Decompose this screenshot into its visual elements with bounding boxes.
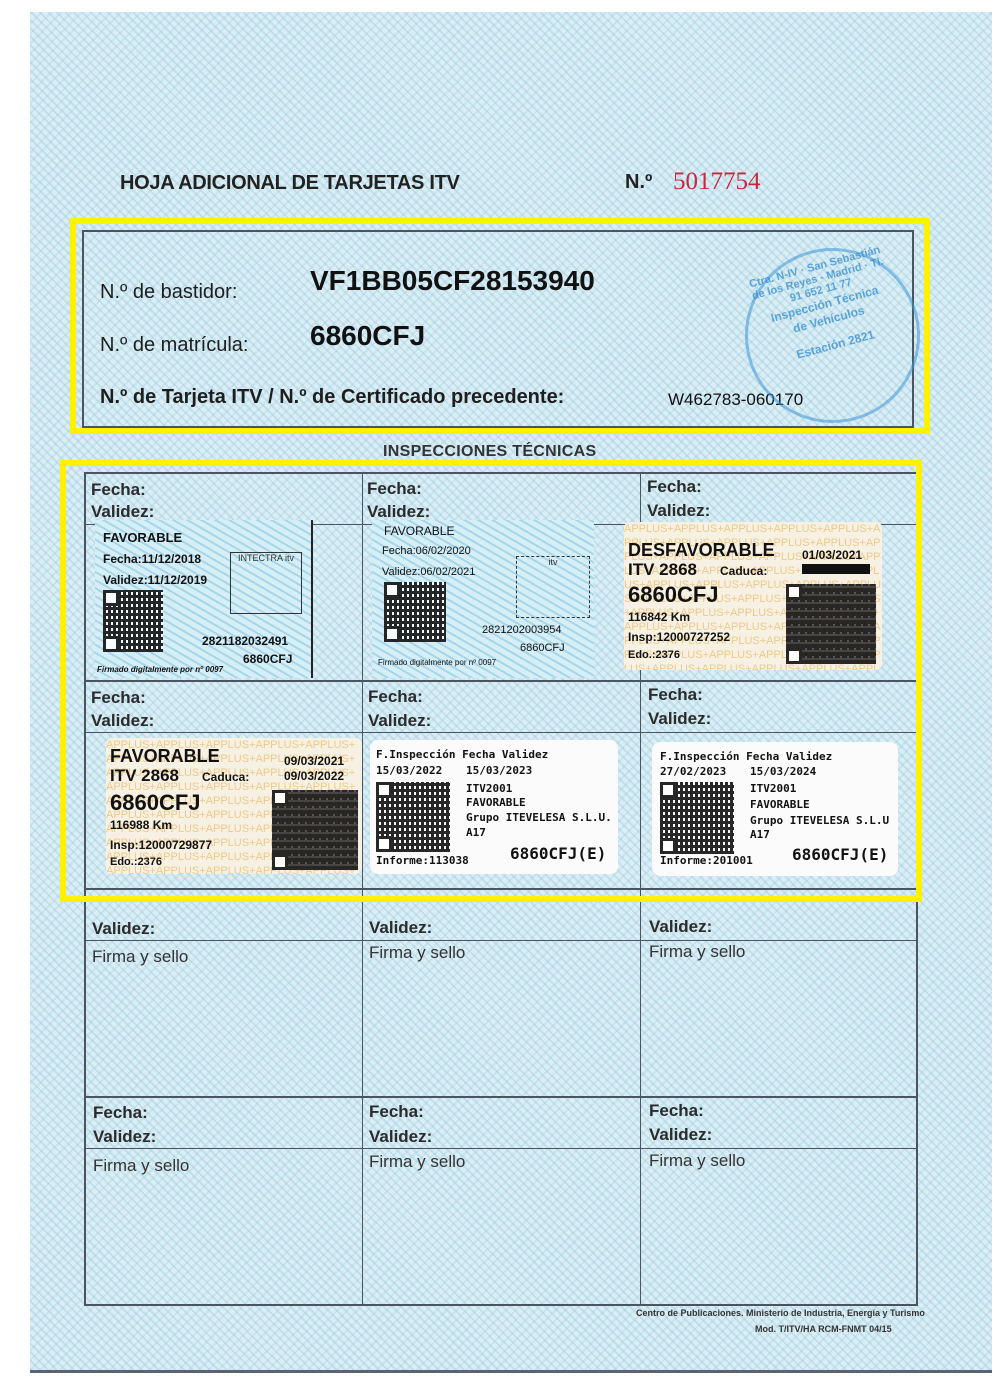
fecha-label: Fecha:: [93, 1103, 148, 1123]
highlight-vehicle-info: [70, 218, 930, 434]
section-title: INSPECCIONES TÉCNICAS: [383, 443, 596, 461]
validez-label: Validez:: [93, 1127, 156, 1147]
sheet-number-label: N.º: [625, 171, 652, 194]
validez-label: Validez:: [92, 919, 155, 939]
firma-label: Firma y sello: [92, 947, 188, 967]
firma-label: Firma y sello: [649, 1151, 745, 1171]
document-title: HOJA ADICIONAL DE TARJETAS ITV: [120, 172, 460, 195]
footer-publisher: Centro de Publicaciones. Ministerio de I…: [636, 1308, 925, 1318]
validez-label: Validez:: [649, 1125, 712, 1145]
footer-model: Mod. T/ITV/HA RCM-FNMT 04/15: [755, 1324, 892, 1334]
firma-label: Firma y sello: [93, 1156, 189, 1176]
validez-label: Validez:: [369, 918, 432, 938]
firma-label: Firma y sello: [369, 1152, 465, 1172]
sheet-number: 5017754: [673, 168, 761, 196]
highlight-inspections: [60, 460, 922, 902]
validez-label: Validez:: [369, 1127, 432, 1147]
validez-label: Validez:: [649, 917, 712, 937]
firma-label: Firma y sello: [369, 943, 465, 963]
fecha-label: Fecha:: [369, 1102, 424, 1122]
firma-label: Firma y sello: [649, 942, 745, 962]
fecha-label: Fecha:: [649, 1101, 704, 1121]
